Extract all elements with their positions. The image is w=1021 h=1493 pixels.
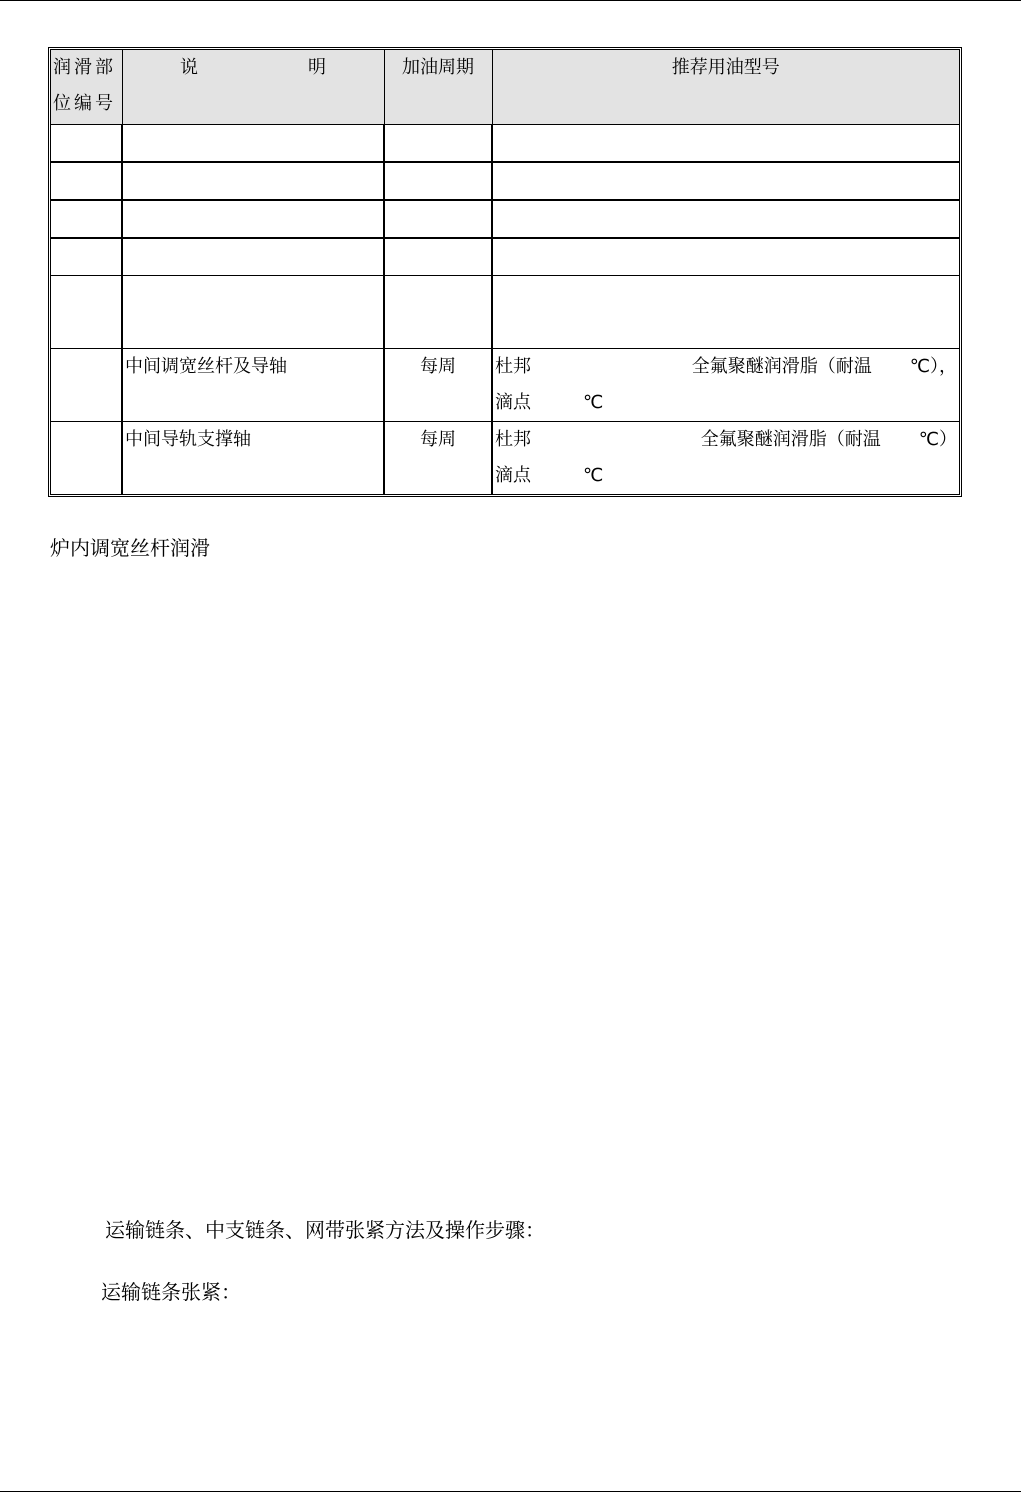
cell-description [122,162,384,200]
drop-point-label: 滴点 [495,392,531,413]
cell-description [122,276,384,349]
header-description-b: 明 [308,57,326,78]
cell-part-number [51,125,122,163]
cell-description: 中间导轨支撑轴 [122,422,384,495]
cell-period [384,276,492,349]
cell-description [122,200,384,238]
oil-brand: 杜邦 [495,422,531,458]
table-row: 中间导轨支撑轴 每周 杜邦 全氟聚醚润滑脂（耐温 ℃） 滴点℃ [51,422,959,495]
table-row [51,238,959,276]
oil-type: 全氟聚醚润滑脂（耐温 [692,349,872,385]
cell-oil: 杜邦 全氟聚醚润滑脂（耐温 ℃） 滴点℃ [492,422,959,495]
header-description: 说明 [122,50,384,125]
table-row: 中间调宽丝杆及导轴 每周 杜邦 全氟聚醚润滑脂（耐温 ℃）， 滴点℃ [51,349,959,422]
oil-brand: 杜邦 [495,349,531,385]
cell-oil [492,125,959,163]
drop-point-label: 滴点 [495,465,531,486]
oil-type: 全氟聚醚润滑脂（耐温 [701,422,881,458]
header-oil: 推荐用油型号 [492,50,959,125]
cell-period: 每周 [384,349,492,422]
cell-part-number [51,238,122,276]
oil-temp-unit: ℃） [919,422,957,458]
cell-period [384,162,492,200]
tensioning-method-heading: 运输链条、中支链条、网带张紧方法及操作步骤： [105,1214,545,1243]
cell-description: 中间调宽丝杆及导轴 [122,349,384,422]
cell-part-number [51,276,122,349]
cell-oil [492,238,959,276]
cell-part-number [51,162,122,200]
conveyor-chain-tensioning-heading: 运输链条张紧： [101,1276,241,1305]
cell-period [384,200,492,238]
page-top-rule [0,0,1021,1]
cell-period: 每周 [384,422,492,495]
table-row [51,125,959,163]
drop-point-unit: ℃ [583,465,603,486]
cell-part-number [51,349,122,422]
page-bottom-rule [0,1491,1021,1492]
drop-point-line: 滴点℃ [495,385,957,421]
lubrication-table: 润滑部位编号 说明 加油周期 推荐用油型号 [48,47,962,497]
cell-oil [492,162,959,200]
cell-description [122,238,384,276]
furnace-screw-lubrication-heading: 炉内调宽丝杆润滑 [50,532,210,561]
oil-temp-unit: ℃）， [910,349,957,385]
cell-period [384,238,492,276]
oil-line: 杜邦 全氟聚醚润滑脂（耐温 ℃） [495,422,957,458]
cell-oil: 杜邦 全氟聚醚润滑脂（耐温 ℃）， 滴点℃ [492,349,959,422]
cell-description [122,125,384,163]
cell-part-number [51,200,122,238]
table-row [51,276,959,349]
cell-oil [492,276,959,349]
table-row [51,162,959,200]
cell-oil [492,200,959,238]
cell-period [384,125,492,163]
oil-line: 杜邦 全氟聚醚润滑脂（耐温 ℃）， [495,349,957,385]
header-period: 加油周期 [384,50,492,125]
drop-point-line: 滴点℃ [495,458,957,494]
header-description-a: 说 [180,57,198,78]
cell-part-number [51,422,122,495]
table-row [51,200,959,238]
table-header-row: 润滑部位编号 说明 加油周期 推荐用油型号 [51,50,959,125]
drop-point-unit: ℃ [583,392,603,413]
header-part-number: 润滑部位编号 [51,50,122,125]
